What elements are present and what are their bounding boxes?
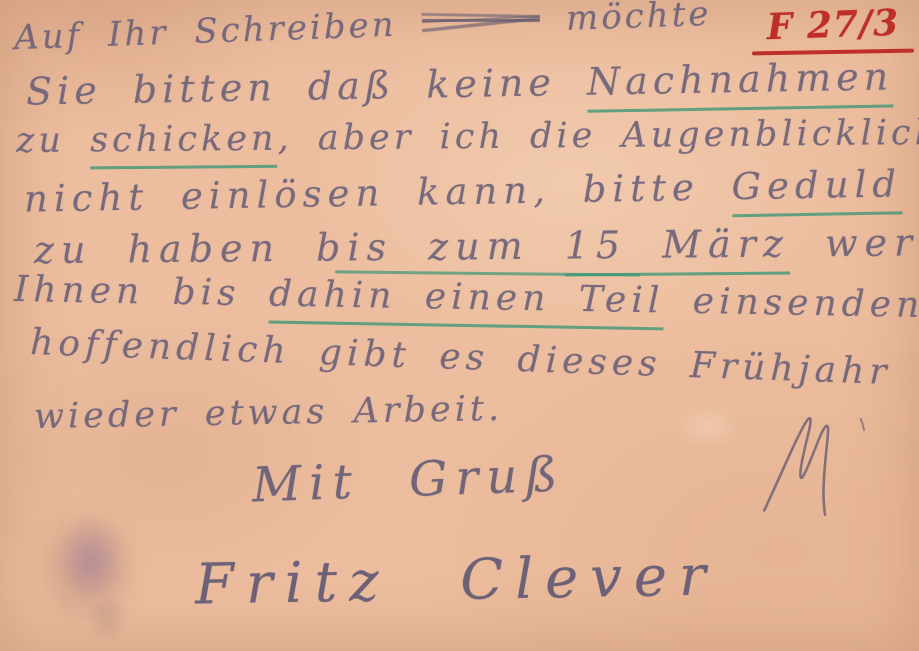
handwritten-text: Auf Ihr Schreiben — [13, 4, 422, 58]
handwritten-text: einsenden — [664, 280, 919, 326]
handwritten-text: schicken — [90, 119, 278, 170]
damage-stain-tail — [88, 600, 128, 644]
red-reference-number: F 27/3 — [751, 1, 914, 49]
handwritten-line: Ihnen bis dahin einen Teil einsenden — [14, 270, 919, 325]
handwritten-text: , aber ich die Augenblicklich — [277, 113, 919, 159]
handwritten-text: möchte — [539, 0, 712, 40]
handwritten-text: Ihnen bis — [14, 269, 270, 314]
handwritten-text: wieder etwas Arbeit. — [34, 389, 504, 437]
handwritten-text: 15 März — [565, 222, 791, 277]
handwritten-line: zu haben bis zum 15 März werde — [34, 222, 919, 272]
faint-emboss-mark — [672, 402, 742, 450]
handwritten-text: Geduld — [731, 162, 902, 217]
pencil-paraph-mark — [758, 394, 876, 521]
handwritten-text: zu haben bis zum — [34, 223, 565, 272]
handwritten-line: Sie bitten daß keine Nachnahmen — [26, 56, 894, 113]
signature: Fritz Clever — [194, 543, 718, 617]
handwritten-line: Auf Ihr Schreiben möchte — [14, 0, 712, 58]
handwritten-line: wieder etwas Arbeit. — [34, 390, 504, 437]
handwritten-text: werde — [790, 220, 919, 266]
handwritten-text: Sie bitten daß keine — [26, 60, 588, 114]
handwritten-line: nicht einlösen kann, bitte Geduld — [24, 164, 903, 220]
handwritten-line: zu schicken, aber ich die Augenblicklich — [16, 114, 919, 161]
handwritten-line: hoffendlich gibt es dieses Frühjahr — [30, 323, 893, 393]
handwritten-text: dahin einen Teil — [269, 274, 665, 331]
crossed-out-word — [422, 5, 541, 35]
handwritten-text: hoffendlich gibt es dieses Frühjahr — [30, 322, 893, 393]
postcard: { "document": { "kind": "handwritten-pos… — [0, 0, 919, 651]
handwritten-text: Nachnahmen — [587, 54, 894, 112]
closing-greeting: Mit Gruß — [251, 447, 566, 514]
handwritten-text: zu — [16, 120, 90, 161]
handwritten-text: nicht einlösen kann, bitte — [24, 165, 732, 220]
